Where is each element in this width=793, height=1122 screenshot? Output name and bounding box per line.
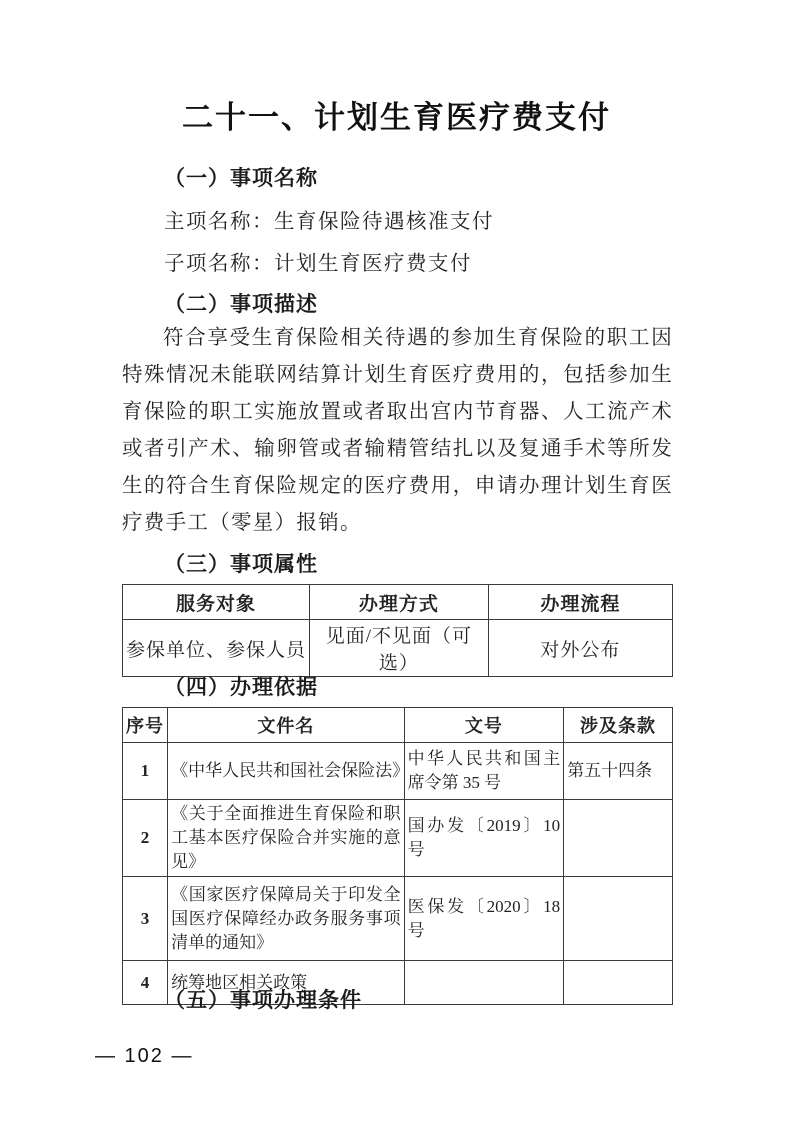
document-page: 二十一、计划生育医疗费支付 （一）事项名称 主项名称：生育保险待遇核准支付 子项… <box>0 0 793 1122</box>
section-5-heading: （五）事项办理条件 <box>164 984 362 1014</box>
section-2-heading: （二）事项描述 <box>164 288 318 318</box>
section-4-heading: （四）办理依据 <box>164 671 318 701</box>
basis-table-header-row: 序号 文件名 文号 涉及条款 <box>123 708 673 743</box>
cell-document-name: 《国家医疗保障局关于印发全国医疗保障经办政务服务事项清单的通知》 <box>168 877 405 961</box>
header-document-name: 文件名 <box>168 708 405 743</box>
cell-serial-number: 1 <box>123 743 168 800</box>
cell-related-clause: 第五十四条 <box>564 743 673 800</box>
attributes-table-header-row: 服务对象 办理方式 办理流程 <box>123 585 673 620</box>
cell-document-number: 国办发〔2019〕10 号 <box>404 800 564 877</box>
cell-related-clause <box>564 961 673 1005</box>
cell-related-clause <box>564 800 673 877</box>
page-number: — 102 — <box>95 1045 193 1068</box>
header-serial-number: 序号 <box>123 708 168 743</box>
header-handling-process: 办理流程 <box>488 585 672 620</box>
item-description-paragraph: 符合享受生育保险相关待遇的参加生育保险的职工因特殊情况未能联网结算计划生育医疗费… <box>122 320 673 542</box>
page-title: 二十一、计划生育医疗费支付 <box>0 92 793 137</box>
sub-item-name-line: 子项名称：计划生育医疗费支付 <box>164 246 472 276</box>
cell-document-name: 《关于全面推进生育保险和职工基本医疗保险合并实施的意见》 <box>168 800 405 877</box>
basis-table-row: 1 《中华人民共和国社会保险法》 中华人民共和国主席令第 35 号 第五十四条 <box>123 743 673 800</box>
basis-table-row: 2 《关于全面推进生育保险和职工基本医疗保险合并实施的意见》 国办发〔2019〕… <box>123 800 673 877</box>
cell-handling-process: 对外公布 <box>488 620 672 677</box>
cell-handling-method: 见面/不见面（可选） <box>310 620 489 677</box>
cell-document-number: 中华人民共和国主席令第 35 号 <box>404 743 564 800</box>
header-handling-method: 办理方式 <box>310 585 489 620</box>
basis-table: 序号 文件名 文号 涉及条款 1 《中华人民共和国社会保险法》 中华人民共和国主… <box>122 707 673 1005</box>
cell-document-name: 《中华人民共和国社会保险法》 <box>168 743 405 800</box>
attributes-table-row: 参保单位、参保人员 见面/不见面（可选） 对外公布 <box>123 620 673 677</box>
attributes-table: 服务对象 办理方式 办理流程 参保单位、参保人员 见面/不见面（可选） 对外公布 <box>122 584 673 677</box>
section-3-heading: （三）事项属性 <box>164 548 318 578</box>
cell-service-target: 参保单位、参保人员 <box>123 620 310 677</box>
cell-related-clause <box>564 877 673 961</box>
main-item-name-line: 主项名称：生育保险待遇核准支付 <box>164 204 494 234</box>
cell-document-number <box>404 961 564 1005</box>
cell-serial-number: 4 <box>123 961 168 1005</box>
header-document-number: 文号 <box>404 708 564 743</box>
header-related-clause: 涉及条款 <box>564 708 673 743</box>
header-service-target: 服务对象 <box>123 585 310 620</box>
cell-document-number: 医保发〔2020〕18 号 <box>404 877 564 961</box>
cell-serial-number: 3 <box>123 877 168 961</box>
basis-table-row: 3 《国家医疗保障局关于印发全国医疗保障经办政务服务事项清单的通知》 医保发〔2… <box>123 877 673 961</box>
section-1-heading: （一）事项名称 <box>164 162 318 192</box>
cell-serial-number: 2 <box>123 800 168 877</box>
